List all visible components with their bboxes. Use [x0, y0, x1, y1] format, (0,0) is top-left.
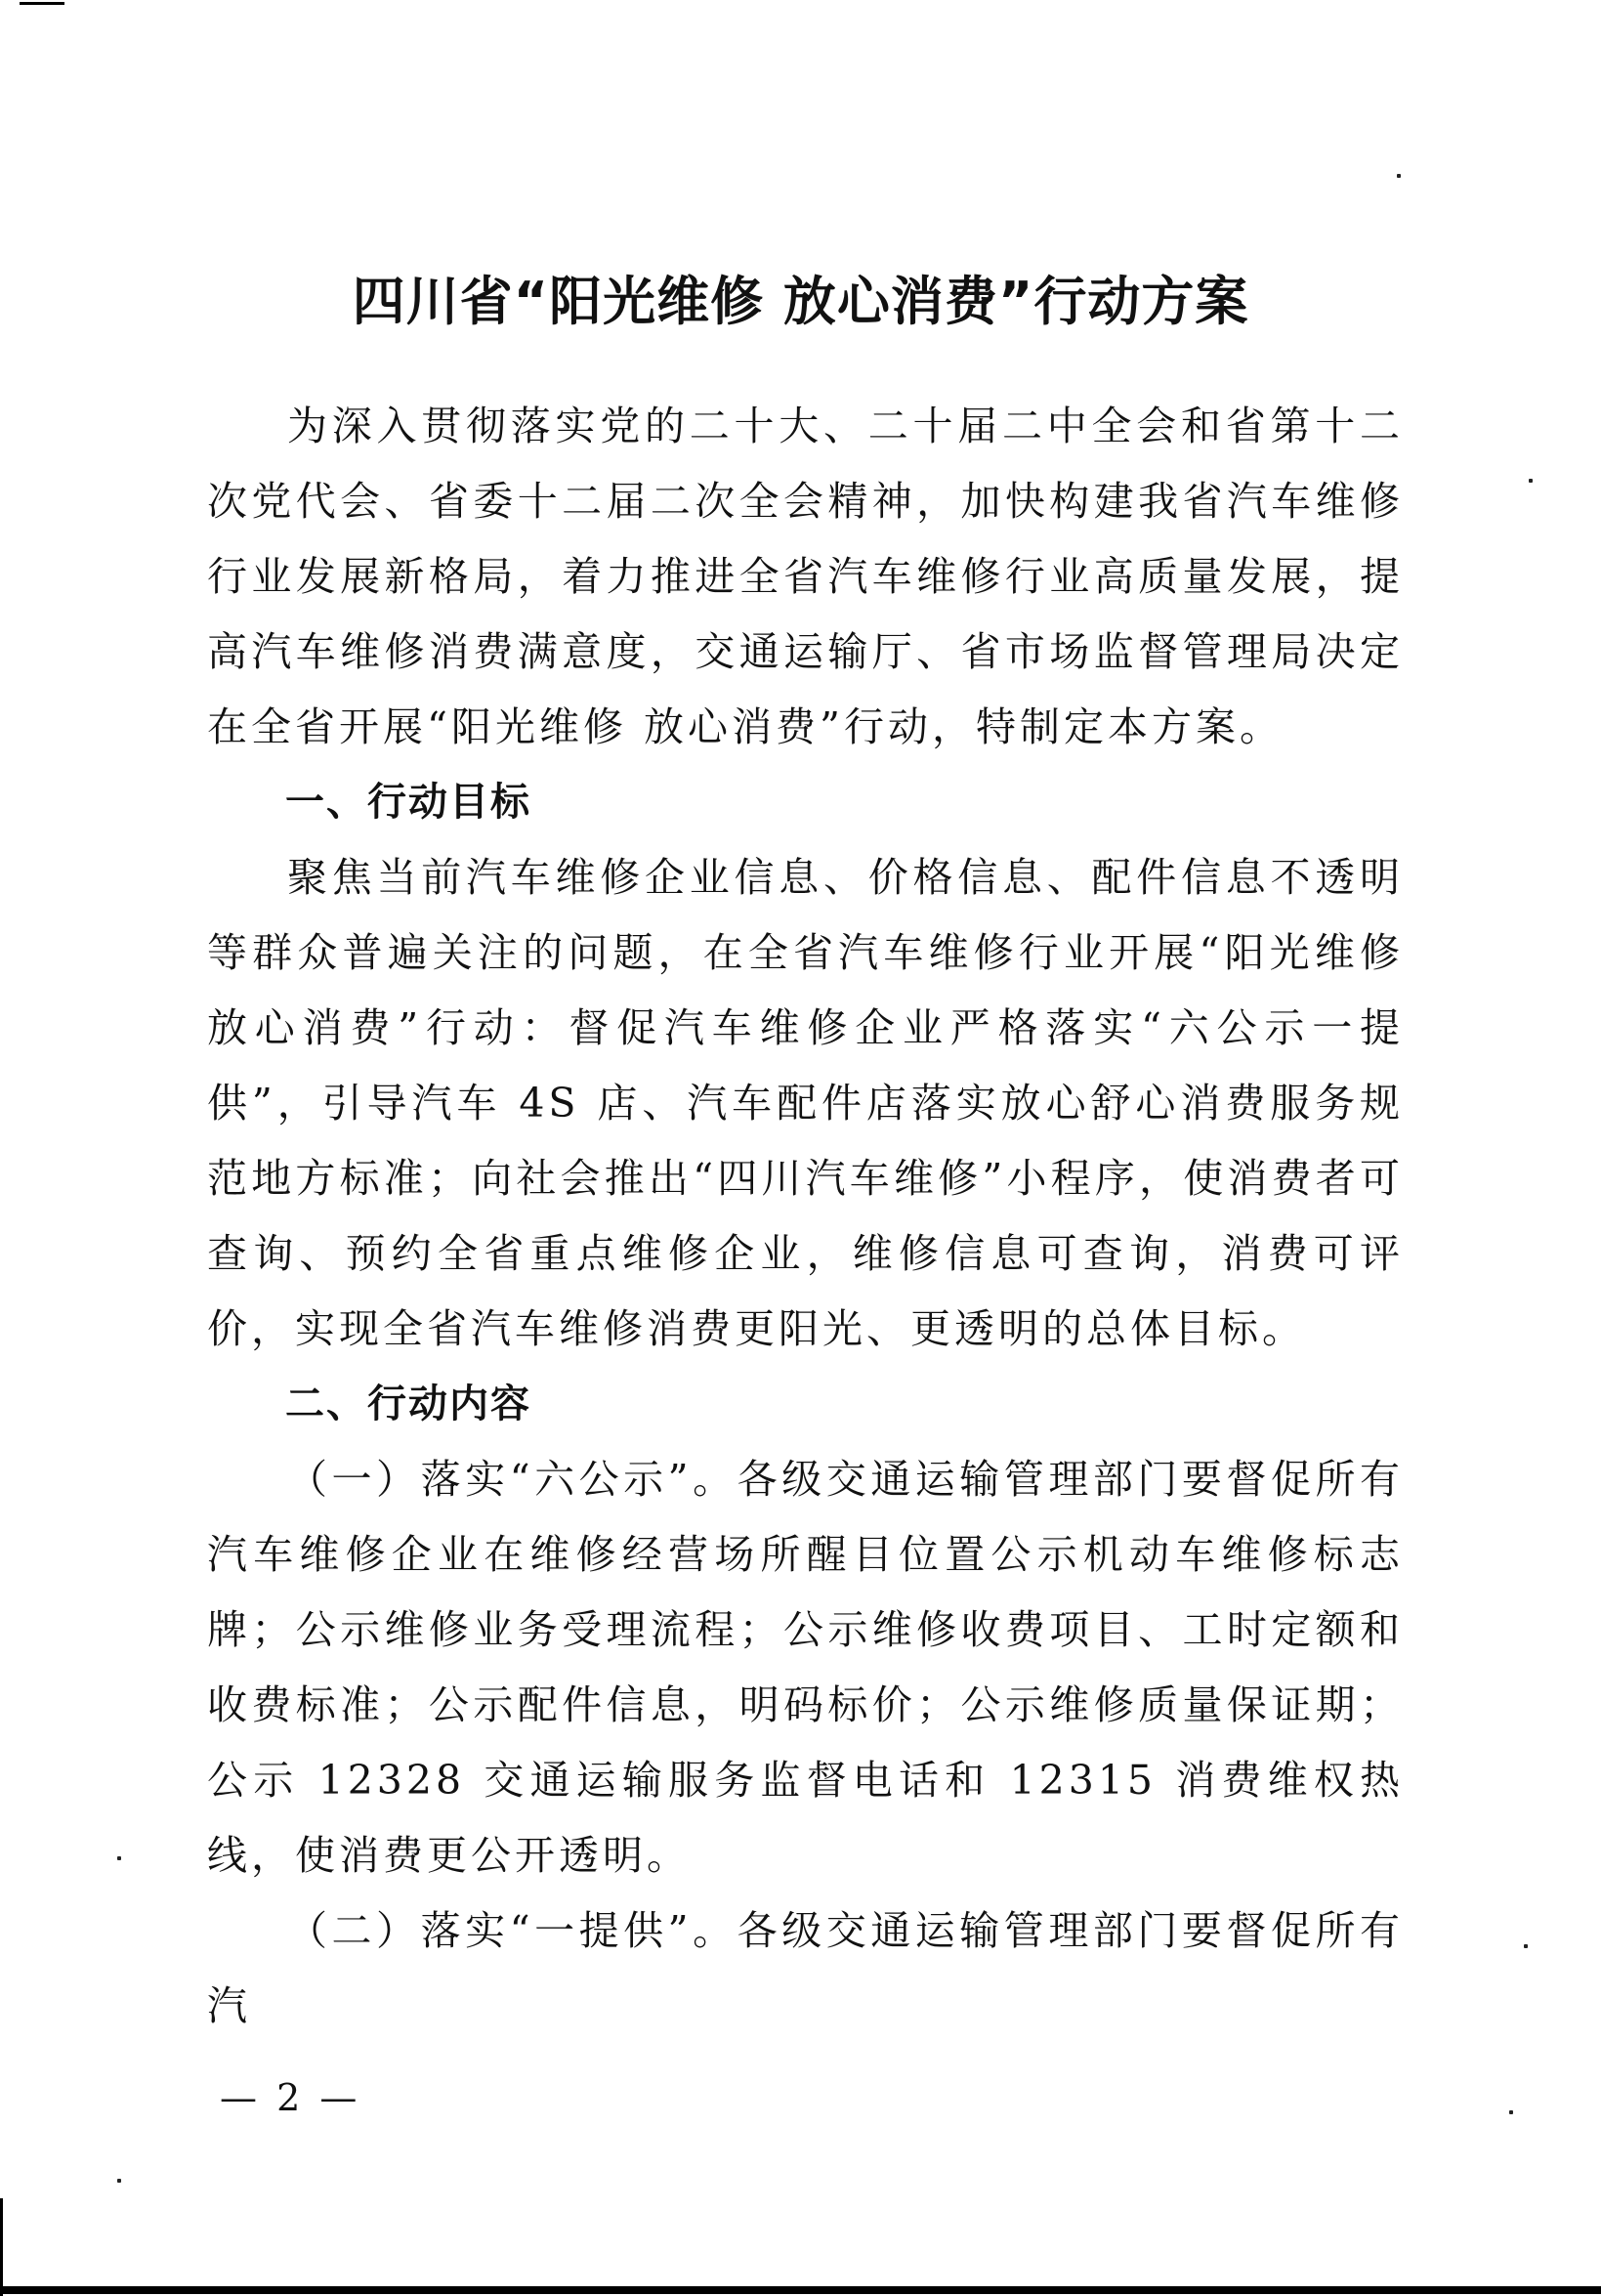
content-paragraph-six-disclosures: （一）落实“六公示”。各级交通运输管理部门要督促所有汽车维修企业在维修经营场所醒… [207, 1442, 1404, 1893]
scan-speck [117, 1856, 121, 1860]
goals-paragraph: 聚焦当前汽车维修企业信息、价格信息、配件信息不透明等群众普遍关注的问题，在全省汽… [207, 840, 1404, 1367]
scan-artifact-top-line [20, 2, 64, 5]
scan-artifact-bottom-line [0, 2286, 1601, 2294]
page-number: — 2 — [220, 2076, 360, 2119]
content-paragraph-one-provision: （二）落实“一提供”。各级交通运输管理部门要督促所有汽 [207, 1893, 1404, 2044]
scan-speck [117, 2179, 121, 2183]
document-body: 为深入贯彻落实党的二十大、二十届二中全会和省第十二次党代会、省委十二届二次全会精… [207, 389, 1404, 2044]
scan-speck [1509, 2110, 1513, 2114]
section-heading-goals: 一、行动目标 [207, 765, 1404, 840]
scan-speck [1397, 174, 1401, 178]
scan-speck [1529, 479, 1533, 483]
document-title: 四川省“阳光维修 放心消费”行动方案 [0, 268, 1601, 336]
intro-paragraph: 为深入贯彻落实党的二十大、二十届二中全会和省第十二次党代会、省委十二届二次全会精… [207, 389, 1404, 765]
section-heading-content: 二、行动内容 [207, 1367, 1404, 1442]
scan-speck [1524, 1944, 1528, 1948]
scan-artifact-left-edge [0, 2198, 3, 2296]
